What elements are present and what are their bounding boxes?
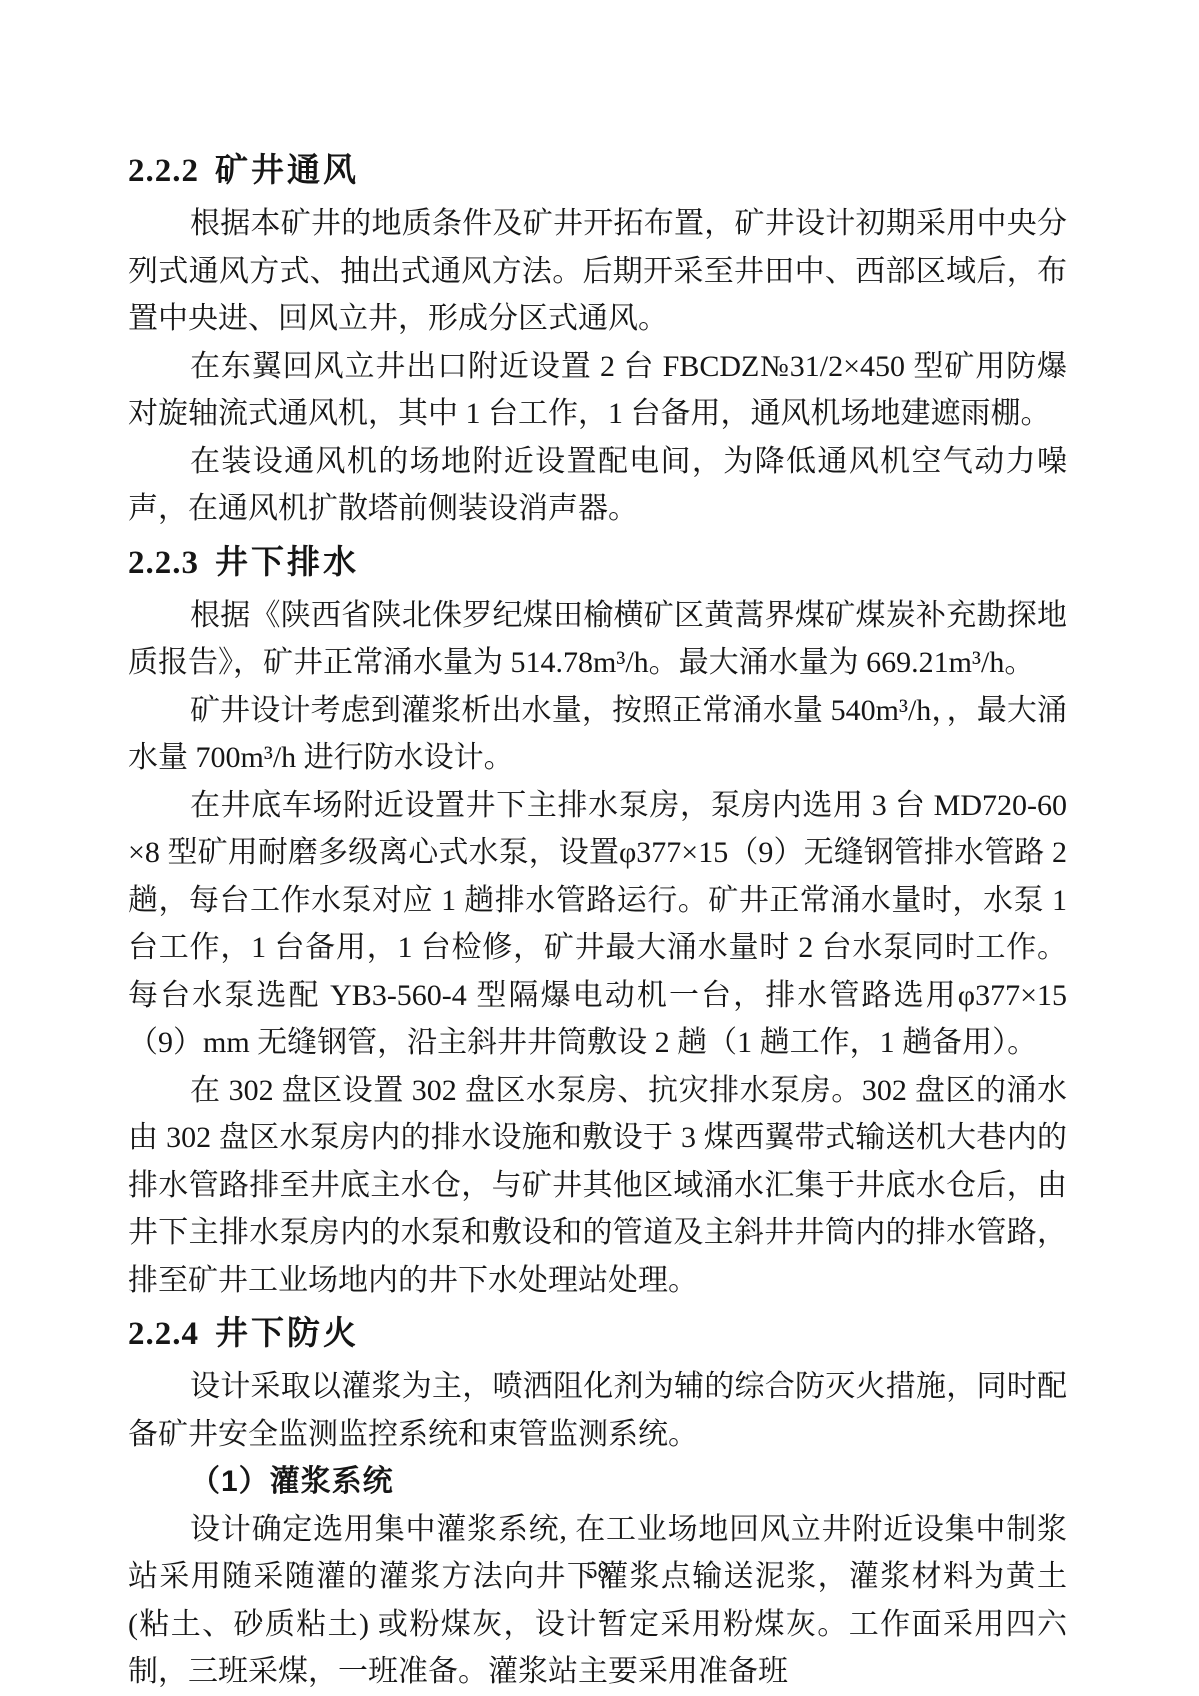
subsection-heading-grouting-system: （1）灌浆系统 bbox=[128, 1458, 1067, 1506]
section-number: 2.2.3 bbox=[128, 545, 199, 581]
section-number: 2.2.4 bbox=[128, 1316, 199, 1352]
paragraph: 在东翼回风立井出口附近设置 2 台 FBCDZ№31/2×450 型矿用防爆对旋… bbox=[128, 343, 1067, 438]
section-heading-2-2-4: 2.2.4井下防火 bbox=[128, 1304, 1067, 1363]
document-page: 2.2.2矿井通风 根据本矿井的地质条件及矿井开拓布置，矿井设计初期采用中央分列… bbox=[0, 0, 1199, 1696]
paragraph: 设计确定选用集中灌浆系统, 在工业场地回风立井附近设集中制浆站采用随采随灌的灌浆… bbox=[128, 1506, 1067, 1696]
paragraph: 在 302 盘区设置 302 盘区水泵房、抗灾排水泵房。302 盘区的涌水由 3… bbox=[128, 1067, 1067, 1305]
paragraph: 矿井设计考虑到灌浆析出水量，按照正常涌水量 540m³/h，，最大涌水量 700… bbox=[128, 687, 1067, 782]
section-heading-2-2-2: 2.2.2矿井通风 bbox=[128, 141, 1067, 200]
document-body: 2.2.2矿井通风 根据本矿井的地质条件及矿井开拓布置，矿井设计初期采用中央分列… bbox=[128, 141, 1067, 1696]
section-number: 2.2.2 bbox=[128, 153, 199, 189]
paragraph: 在装设通风机的场地附近设置配电间，为降低通风机空气动力噪声，在通风机扩散塔前侧装… bbox=[128, 438, 1067, 533]
paragraph: 根据《陕西省陕北侏罗纪煤田榆横矿区黄蒿界煤矿煤炭补充勘探地质报告》，矿井正常涌水… bbox=[128, 592, 1067, 687]
paragraph: 根据本矿井的地质条件及矿井开拓布置，矿井设计初期采用中央分列式通风方式、抽出式通… bbox=[128, 200, 1067, 343]
paragraph: 在井底车场附近设置井下主排水泵房，泵房内选用 3 台 MD720-60×8 型矿… bbox=[128, 782, 1067, 1067]
paragraph: 设计采取以灌浆为主，喷洒阻化剂为辅的综合防灭火措施，同时配备矿井安全监测监控系统… bbox=[128, 1363, 1067, 1458]
section-title: 井下排水 bbox=[215, 543, 359, 580]
section-title: 井下防火 bbox=[215, 1314, 359, 1351]
section-title: 矿井通风 bbox=[215, 151, 359, 188]
section-heading-2-2-3: 2.2.3井下排水 bbox=[128, 533, 1067, 592]
page-number: 58 bbox=[128, 1556, 1067, 1586]
